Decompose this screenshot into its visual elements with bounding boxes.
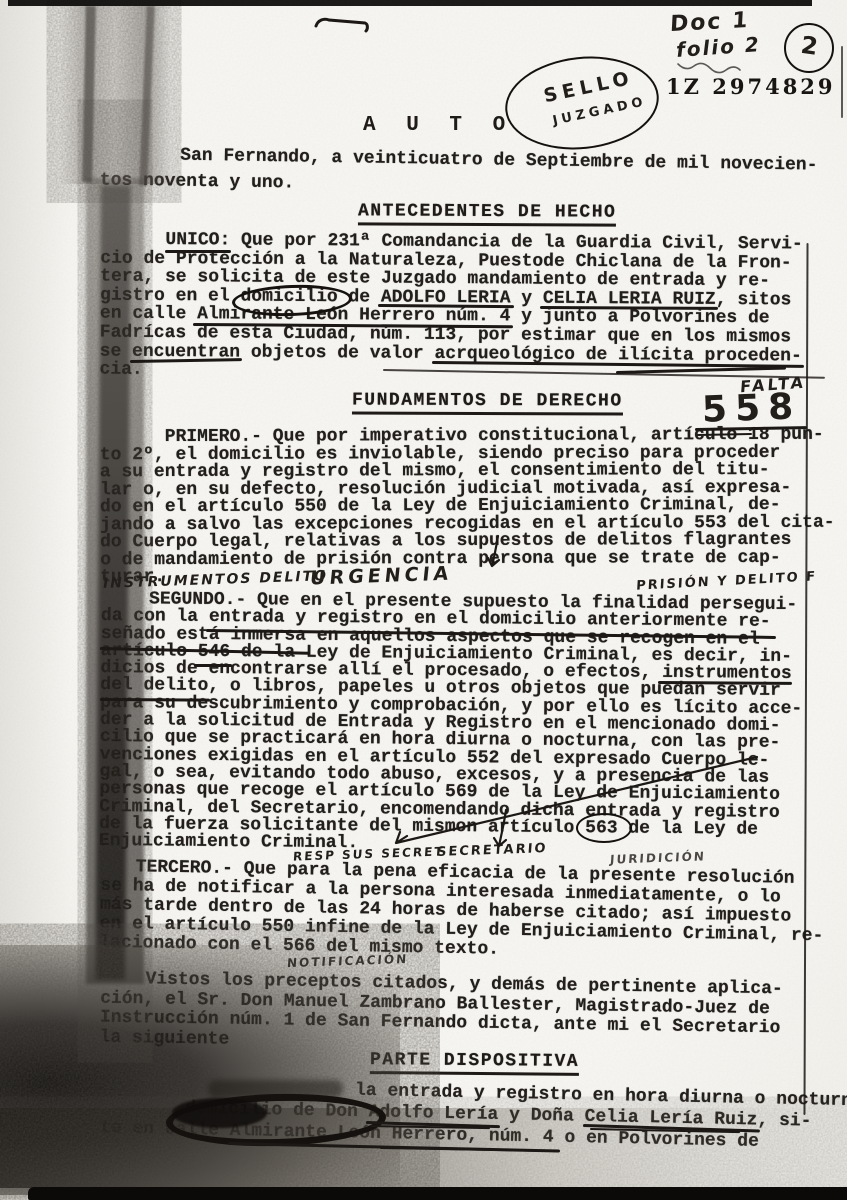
document-title: A U T O <box>363 114 514 137</box>
illegible-scribble <box>678 63 740 72</box>
segundo-paragraph: SEGUNDO.- Que en el presente supuesto la… <box>99 591 803 857</box>
text-line: o de mandamiento de prisión contra perso… <box>100 549 835 569</box>
bottom-edge-bar <box>28 1187 847 1200</box>
juridicion-note: JURIDICIÓN <box>610 849 707 866</box>
serial-number-stamp: 1Z 2974829 <box>666 74 836 99</box>
notificacion-note: NOTIFICACIÓN <box>287 952 409 970</box>
secretario-note: SECRETARIO <box>437 841 548 860</box>
primero-paragraph: PRIMERO.- Que por imperativo constitucio… <box>100 427 835 587</box>
pen-underline-unico <box>165 250 231 253</box>
doc-note-line-2: folio 2 <box>675 32 761 62</box>
top-right-edge-line <box>841 46 843 118</box>
top-edge-bar <box>8 0 812 6</box>
staple-mark-icon <box>316 19 367 31</box>
pen-circle-563 <box>576 813 632 843</box>
left-fog <box>0 0 70 1200</box>
heading-parte-dispositiva: PARTE DISPOSITIVA <box>370 1050 579 1076</box>
top-left-streak <box>82 6 96 182</box>
scanned-court-order-page: Doc 1 folio 2 2 SELLO JUZGADO 1Z 2974829… <box>0 0 847 1200</box>
intro-paragraph: San Fernando, a veinticuatro de Septiemb… <box>100 141 818 204</box>
pen-underline-546 <box>194 664 232 667</box>
heading-fundamentos: FUNDAMENTOS DE DERECHO <box>352 391 623 416</box>
page-number: 2 <box>799 31 821 61</box>
vistos-paragraph: Vistos los preceptos citados, y demás de… <box>99 970 782 1059</box>
falta-number: 558 <box>701 386 802 430</box>
tercero-paragraph: TERCERO.- Que para la pena eficacia de l… <box>99 858 824 966</box>
heading-antecedentes: ANTECEDENTES DE HECHO <box>358 201 616 226</box>
pen-underline-herrero-2b <box>380 1147 560 1152</box>
